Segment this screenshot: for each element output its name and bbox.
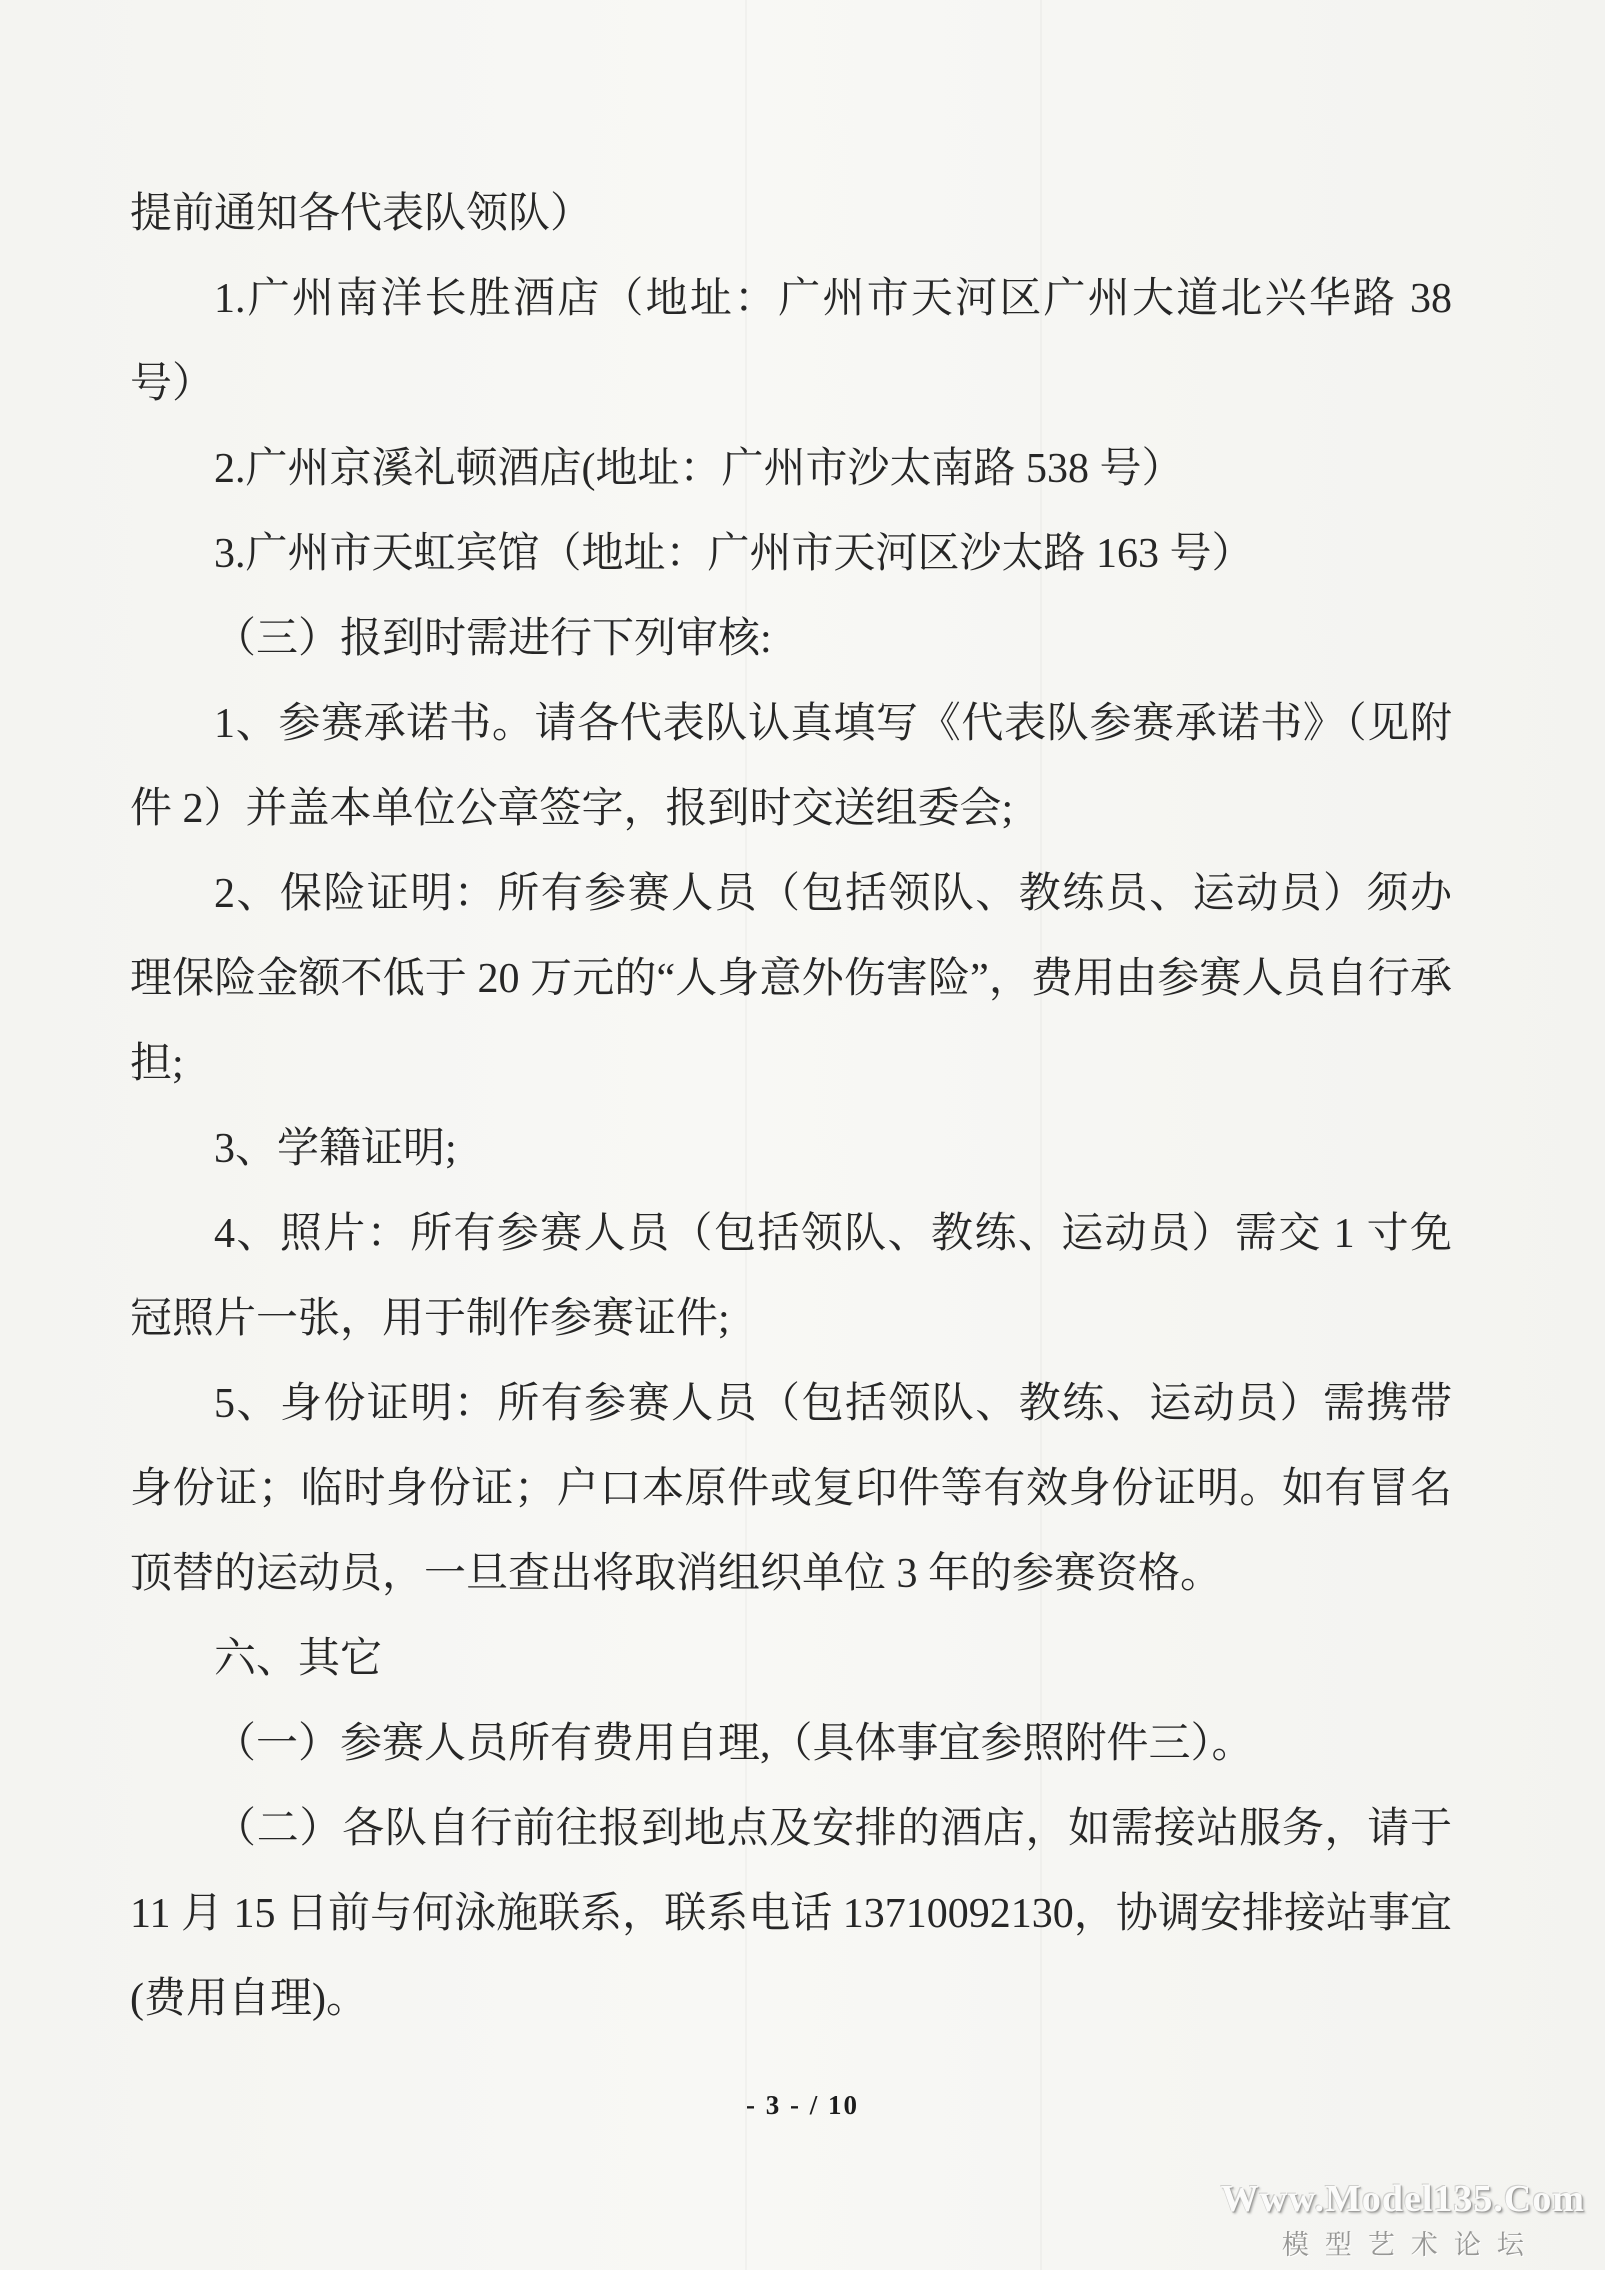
page-number: - 3 - / 10	[0, 2090, 1605, 2121]
doc-paragraph: （二）各队自行前往报到地点及安排的酒店，如需接站服务，请于 11 月 15 日前…	[130, 1787, 1452, 2042]
watermark-caption: 模型艺术论坛	[1221, 2223, 1585, 2262]
doc-paragraph: 4、照片：所有参赛人员（包括领队、教练、运动员）需交 1 寸免冠照片一张，用于制…	[130, 1192, 1452, 1362]
doc-paragraph: 1、参赛承诺书。请各代表队认真填写《代表队参赛承诺书》（见附件 2）并盖本单位公…	[130, 682, 1452, 852]
scanned-document-page: 提前通知各代表队领队） 1.广州南洋长胜酒店（地址：广州市天河区广州大道北兴华路…	[0, 0, 1605, 2270]
doc-paragraph: （三）报到时需进行下列审核:	[130, 597, 1452, 682]
doc-paragraph: 3.广州市天虹宾馆（地址：广州市天河区沙太路 163 号）	[130, 512, 1452, 597]
watermark-url: Www.Model135.Com	[1221, 2177, 1585, 2221]
doc-paragraph: 2、保险证明：所有参赛人员（包括领队、教练员、运动员）须办理保险金额不低于 20…	[130, 852, 1452, 1107]
document-text-block: 提前通知各代表队领队） 1.广州南洋长胜酒店（地址：广州市天河区广州大道北兴华路…	[130, 172, 1452, 2042]
watermark: Www.Model135.Com 模型艺术论坛	[1221, 2177, 1585, 2262]
doc-paragraph: 5、身份证明：所有参赛人员（包括领队、教练、运动员）需携带身份证；临时身份证；户…	[130, 1362, 1452, 1617]
doc-paragraph: 2.广州京溪礼顿酒店(地址：广州市沙太南路 538 号）	[130, 427, 1452, 512]
doc-paragraph: （一）参赛人员所有费用自理,（具体事宜参照附件三）。	[130, 1702, 1452, 1787]
doc-paragraph: 1.广州南洋长胜酒店（地址：广州市天河区广州大道北兴华路 38 号）	[130, 257, 1452, 427]
doc-paragraph: 提前通知各代表队领队）	[130, 172, 1452, 257]
doc-paragraph: 六、其它	[130, 1617, 1452, 1702]
doc-paragraph: 3、学籍证明;	[130, 1107, 1452, 1192]
